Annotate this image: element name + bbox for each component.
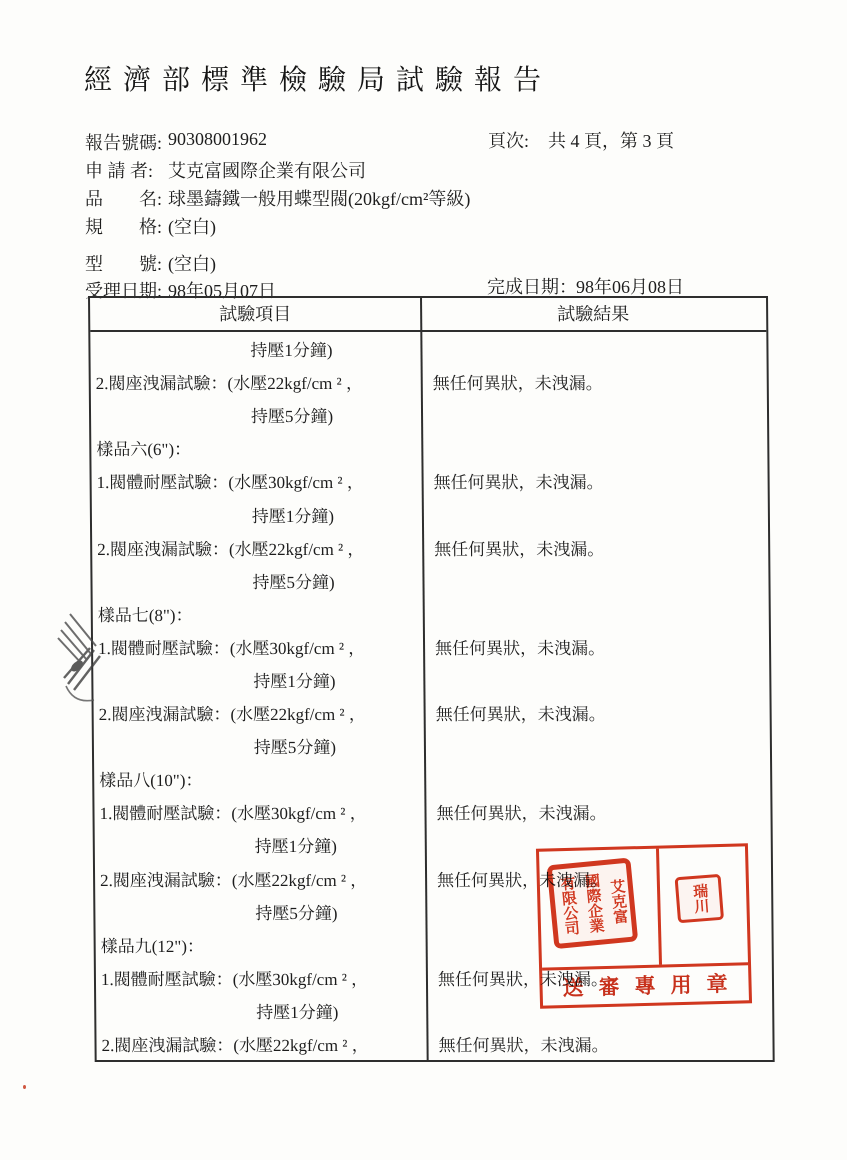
test-item-cell: 1.閥體耐壓試驗：(水壓30kgf/cm ² ， <box>96 965 426 990</box>
sample-header-cell: 樣品八(10")： <box>94 766 424 791</box>
table-row: 持壓5分鐘) <box>94 729 770 762</box>
test-result-cell: 無任何異狀，未洩漏。 <box>424 799 770 824</box>
table-row: 樣品七(8")： <box>93 597 769 630</box>
report-no-label: 報告號碼: <box>85 129 162 155</box>
test-item-cell: 2.閥座洩漏試驗：(水壓22kgf/cm ² ， <box>92 535 422 560</box>
table-header-row: 試驗項目 試驗結果 <box>90 298 766 332</box>
product-name-value: 球墨鑄鐵一般用蝶型閥(20kgf/cm²等級) <box>168 185 470 211</box>
table-row: 2.閥座洩漏試驗：(水壓22kgf/cm ² ，無任何異狀，未洩漏。 <box>93 696 769 729</box>
test-result-cell: 無任何異狀，未洩漏。 <box>426 1031 772 1056</box>
table-row: 1.閥體耐壓試驗：(水壓30kgf/cm ² ，無任何異狀，未洩漏。 <box>94 795 770 828</box>
personal-seal-text: 瑞川 <box>691 883 708 914</box>
approval-stamp: 艾克富 國際企業 有限公司 瑞川 送審專用章 <box>536 843 752 1008</box>
stamp-left-cell: 艾克富 國際企業 有限公司 <box>539 849 662 968</box>
page-number-value: 共 4 頁，第 3 頁 <box>548 127 674 153</box>
company-seal: 艾克富 國際企業 有限公司 <box>547 858 639 950</box>
table-row: 持壓1分鐘) <box>92 497 768 530</box>
test-item-cell: 持壓5分鐘) <box>95 899 425 924</box>
table-row: 持壓5分鐘) <box>91 398 767 431</box>
test-item-cell: 2.閥座洩漏試驗：(水壓22kgf/cm ² ， <box>91 369 421 394</box>
table-row: 持壓1分鐘) <box>90 332 766 365</box>
test-result-cell: 無任何異狀，未洩漏。 <box>421 369 767 394</box>
company-seal-text: 有限公司 <box>557 875 578 936</box>
spec-label: 規 格: <box>85 213 162 239</box>
page-title: 經濟部標準檢驗局試驗報告 <box>84 58 552 98</box>
company-seal-text: 艾克富 <box>607 878 627 924</box>
sample-header-cell: 樣品七(8")： <box>93 601 423 626</box>
test-item-cell: 1.閥體耐壓試驗：(水壓30kgf/cm ² ， <box>92 468 422 493</box>
test-item-cell: 2.閥座洩漏試驗：(水壓22kgf/cm ² ， <box>94 700 424 725</box>
page-number-label: 頁次: <box>488 127 529 153</box>
test-item-cell: 持壓1分鐘) <box>92 502 422 527</box>
test-result-cell: 無任何異狀，未洩漏。 <box>422 468 768 493</box>
red-ink-speck <box>23 1085 26 1089</box>
table-row: 2.閥座洩漏試驗：(水壓22kgf/cm ² ，無任何異狀，未洩漏。 <box>92 531 768 564</box>
column-header-test-item: 試驗項目 <box>90 298 420 330</box>
test-result-cell: 無任何異狀，未洩漏。 <box>424 700 770 725</box>
test-item-cell: 持壓1分鐘) <box>95 832 425 857</box>
test-item-cell: 持壓1分鐘) <box>96 998 426 1023</box>
table-row: 2.閥座洩漏試驗：(水壓22kgf/cm ² ，無任何異狀，未洩漏。 <box>91 365 767 398</box>
applicant-label: 申 請 者: <box>85 157 153 183</box>
test-result-cell: 無任何異狀，未洩漏。 <box>422 535 768 560</box>
test-result-cell: 無任何異狀，未洩漏。 <box>423 634 769 659</box>
table-row: 樣品六(6")： <box>91 431 767 464</box>
stamp-seal-area: 艾克富 國際企業 有限公司 瑞川 <box>539 846 748 967</box>
report-no-value: 90308001962 <box>168 129 267 150</box>
test-item-cell: 持壓1分鐘) <box>93 667 423 692</box>
table-row: 1.閥體耐壓試驗：(水壓30kgf/cm ² ，無任何異狀，未洩漏。 <box>91 464 767 497</box>
test-item-cell: 持壓5分鐘) <box>91 402 421 427</box>
personal-seal: 瑞川 <box>675 874 724 923</box>
test-item-cell: 2.閥座洩漏試驗：(水壓22kgf/cm ² ， <box>95 866 425 891</box>
table-row: 1.閥體耐壓試驗：(水壓30kgf/cm ² ，無任何異狀，未洩漏。 <box>93 630 769 663</box>
model-label: 型 號: <box>85 250 162 276</box>
model-value: (空白) <box>168 250 216 276</box>
test-item-cell: 持壓5分鐘) <box>92 568 422 593</box>
spec-value: (空白) <box>168 213 216 239</box>
table-row: 樣品八(10")： <box>94 762 770 795</box>
table-row: 持壓5分鐘) <box>92 564 768 597</box>
table-row: 持壓1分鐘) <box>93 663 769 696</box>
test-item-cell: 1.閥體耐壓試驗：(水壓30kgf/cm ² ， <box>94 799 424 824</box>
column-header-test-result: 試驗結果 <box>420 298 766 330</box>
stamp-border: 艾克富 國際企業 有限公司 瑞川 送審專用章 <box>536 843 752 1008</box>
sample-header-cell: 樣品六(6")： <box>91 435 421 460</box>
ink-smudge-artifact <box>46 608 116 720</box>
stamp-caption: 送審專用章 <box>542 962 749 1005</box>
sample-header-cell: 樣品九(12")： <box>96 932 426 957</box>
product-name-label: 品 名: <box>85 185 162 211</box>
scanned-test-report-page: 經濟部標準檢驗局試驗報告 報告號碼: 90308001962 頁次: 共 4 頁… <box>0 0 847 1160</box>
applicant-value: 艾克富國際企業有限公司 <box>168 157 366 183</box>
test-item-cell: 1.閥體耐壓試驗：(水壓30kgf/cm ² ， <box>93 634 423 659</box>
test-item-cell: 持壓5分鐘) <box>94 733 424 758</box>
test-item-cell: 2.閥座洩漏試驗：(水壓22kgf/cm ² ， <box>96 1031 426 1056</box>
table-row: 2.閥座洩漏試驗：(水壓22kgf/cm ² ，無任何異狀，未洩漏。 <box>96 1027 772 1060</box>
test-item-cell: 持壓1分鐘) <box>90 336 420 361</box>
stamp-right-cell: 瑞川 <box>659 846 748 964</box>
company-seal-text: 國際企業 <box>582 873 603 934</box>
